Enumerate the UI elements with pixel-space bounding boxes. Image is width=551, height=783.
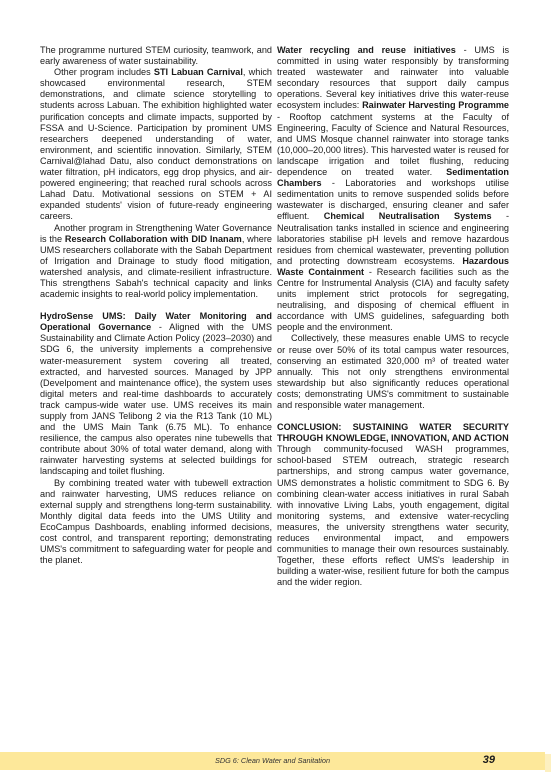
paragraph-did-inanam: Another program in Strengthening Water G… [40, 223, 272, 301]
text: Other program includes [54, 67, 154, 77]
highlight-sti-labuan-carnival: STI Labuan Carnival [154, 67, 243, 77]
paragraph-combining-water: By combining treated water with tubewell… [40, 478, 272, 567]
paragraph-collectively: Collectively, these measures enable UMS … [277, 333, 509, 411]
highlight-rainwater-harvesting: Rainwater Harvesting Programme [362, 100, 509, 110]
text: , which showcased environmental research… [40, 67, 272, 221]
paragraph-sti-labuan-carnival: Other program includes STI Labuan Carniv… [40, 67, 272, 222]
page-number: 39 [483, 754, 495, 766]
conclusion-heading: CONCLUSION: SUSTAINING WATER SECURITY TH… [277, 422, 509, 444]
paragraph-programme-summary: The programme nurtured STEM curiosity, t… [40, 45, 272, 67]
highlight-did-inanam: Research Collaboration with DID Inanam [65, 234, 242, 244]
text: - Aligned with the UMS Sustainability an… [40, 322, 272, 476]
footer-band: SDG 6: Clean Water and Sanitation 39 [0, 752, 545, 770]
section-heading-water-recycling: Water recycling and reuse initiatives [277, 45, 456, 55]
left-column: The programme nurtured STEM curiosity, t… [40, 45, 272, 566]
right-column: Water recycling and reuse initiatives - … [277, 45, 509, 589]
footer-title: SDG 6: Clean Water and Sanitation [0, 756, 545, 765]
paragraph-water-recycling: Water recycling and reuse initiatives - … [277, 45, 509, 333]
paragraph-hydrosense: HydroSense UMS: Daily Water Monitoring a… [40, 311, 272, 477]
footer-edge [545, 754, 551, 772]
highlight-chemical-neutralisation: Chemical Neutralisation Systems [324, 211, 492, 221]
paragraph-conclusion: Through community-focused WASH programme… [277, 444, 509, 588]
